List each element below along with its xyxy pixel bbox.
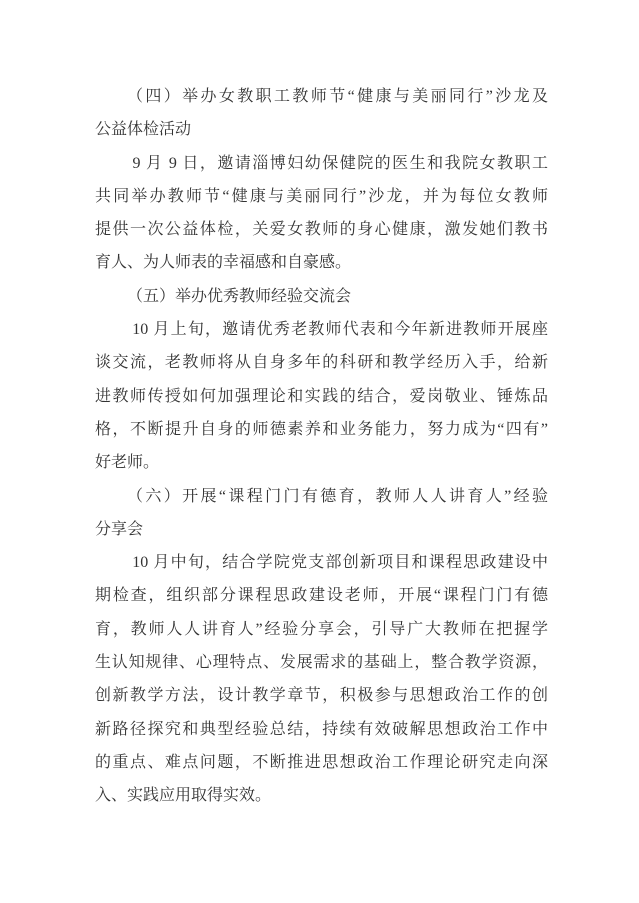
document-page: （四）举办女教职工教师节“健康与美丽同行”沙龙及公益体检活动 9 月 9 日，邀… bbox=[0, 0, 639, 903]
text-line: 谈交流，老教师将从自身多年的科研和教学经历入手，给新 bbox=[95, 346, 548, 379]
text-line: 进教师传授如何加强理论和实践的结合，爱岗敬业、锤炼品 bbox=[95, 380, 548, 413]
paragraph: 9 月 9 日，邀请淄博妇幼保健院的医生和我院女教职工共同举办教师节“健康与美丽… bbox=[95, 147, 548, 280]
text-line: 分享会 bbox=[95, 513, 548, 546]
text-line: （五）举办优秀教师经验交流会 bbox=[95, 280, 548, 313]
text-line: 公益体检活动 bbox=[95, 113, 548, 146]
text-line: 育人、为人师表的幸福感和自豪感。 bbox=[95, 246, 548, 279]
text-line: 10 月上旬，邀请优秀老教师代表和今年新进教师开展座 bbox=[95, 313, 548, 346]
text-line: 共同举办教师节“健康与美丽同行”沙龙，并为每位女教师 bbox=[95, 180, 548, 213]
section-heading: （六）开展“课程门门有德育，教师人人讲育人”经验分享会 bbox=[95, 480, 548, 547]
text-line: 入、实践应用取得实效。 bbox=[95, 779, 548, 812]
text-line: 育，教师人人讲育人”经验分享会，引导广大教师在把握学 bbox=[95, 613, 548, 646]
text-line: 生认知规律、心理特点、发展需求的基础上，整合教学资源， bbox=[95, 646, 548, 679]
section-heading: （四）举办女教职工教师节“健康与美丽同行”沙龙及公益体检活动 bbox=[95, 80, 548, 147]
paragraph: 10 月中旬，结合学院党支部创新项目和课程思政建设中期检查，组织部分课程思政建设… bbox=[95, 546, 548, 812]
text-line: 格，不断提升自身的师德素养和业务能力，努力成为“四有” bbox=[95, 413, 548, 446]
text-line: （六）开展“课程门门有德育，教师人人讲育人”经验 bbox=[95, 480, 548, 513]
text-line: （四）举办女教职工教师节“健康与美丽同行”沙龙及 bbox=[95, 80, 548, 113]
text-line: 创新教学方法，设计教学章节，积极参与思想政治工作的创 bbox=[95, 679, 548, 712]
text-line: 10 月中旬，结合学院党支部创新项目和课程思政建设中 bbox=[95, 546, 548, 579]
text-line: 提供一次公益体检，关爱女教师的身心健康，激发她们教书 bbox=[95, 213, 548, 246]
document-text: （四）举办女教职工教师节“健康与美丽同行”沙龙及公益体检活动 9 月 9 日，邀… bbox=[95, 80, 548, 813]
text-line: 新路径探究和典型经验总结，持续有效破解思想政治工作中 bbox=[95, 713, 548, 746]
text-line: 9 月 9 日，邀请淄博妇幼保健院的医生和我院女教职工 bbox=[95, 147, 548, 180]
paragraph: 10 月上旬，邀请优秀老教师代表和今年新进教师开展座谈交流，老教师将从自身多年的… bbox=[95, 313, 548, 479]
section-heading: （五）举办优秀教师经验交流会 bbox=[95, 280, 548, 313]
text-line: 的重点、难点问题，不断推进思想政治工作理论研究走向深 bbox=[95, 746, 548, 779]
text-line: 好老师。 bbox=[95, 446, 548, 479]
text-line: 期检查，组织部分课程思政建设老师，开展“课程门门有德 bbox=[95, 579, 548, 612]
